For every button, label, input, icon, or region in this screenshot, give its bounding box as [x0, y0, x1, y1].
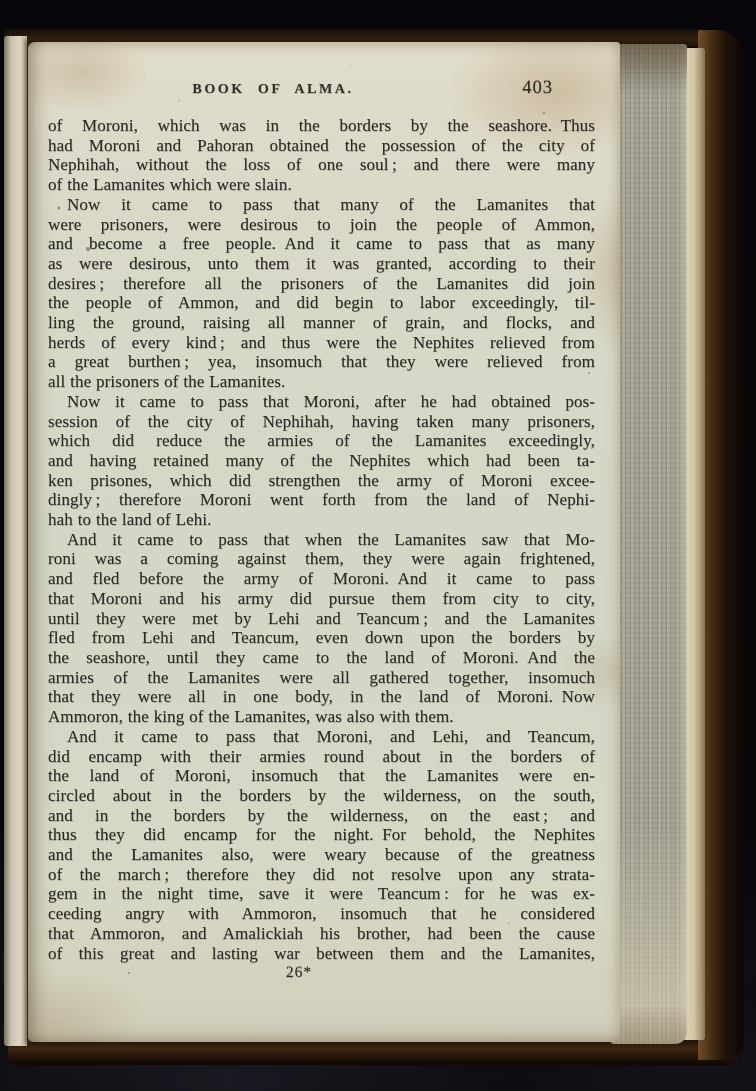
paragraph: And it came to pass that when the Lamani…: [48, 530, 595, 727]
text-line: the people of Ammon, and did begin to la…: [48, 293, 595, 313]
text-line: a great burthen ; yea, insomuch that the…: [48, 352, 595, 372]
text-line: Now it came to pass that Moroni, after h…: [48, 392, 595, 412]
text-line: of the Lamanites which were slain.: [48, 175, 595, 195]
text-line: and having retained many of the Nephites…: [48, 451, 595, 471]
text-line: and the Lamanites also, were weary becau…: [48, 845, 595, 865]
signature-mark: 26*: [48, 964, 550, 982]
text-line: until they were met by Lehi and Teancum …: [48, 609, 595, 629]
text-line: of this great and lasting war between th…: [48, 944, 595, 964]
text-line: of Moroni, which was in the borders by t…: [48, 116, 595, 136]
text-line: ceeding angry with Ammoron, insomuch tha…: [48, 904, 595, 924]
text-line: as were desirous, unto them it was grant…: [48, 254, 595, 274]
text-line: desires ; therefore all the prisoners of…: [48, 274, 595, 294]
page-number: 403: [522, 78, 553, 99]
running-head: BOOK OF ALMA. 403: [48, 80, 595, 116]
text-line: and become a free people. And it came to…: [48, 234, 595, 254]
text-line: And it came to pass that Moroni, and Leh…: [48, 727, 595, 747]
text-line: of the march ; therefore they did not re…: [48, 865, 595, 885]
body-text: of Moroni, which was in the borders by t…: [48, 116, 595, 963]
text-line: circled about in the borders by the wild…: [48, 786, 595, 806]
text-line: Now it came to pass that many of the Lam…: [48, 195, 595, 215]
text-line: fled from Lehi and Teancum, even down up…: [48, 628, 595, 648]
paragraph: Now it came to pass that Moroni, after h…: [48, 392, 595, 530]
text-line: that Ammoron, and Amalickiah his brother…: [48, 924, 595, 944]
text-line: ling the ground, raising all manner of g…: [48, 313, 595, 333]
text-line: ken prisones, which did strengthen the a…: [48, 471, 595, 491]
text-line: the land of Moroni, insomuch that the La…: [48, 766, 595, 786]
text-line: and fled before the army of Moroni. And …: [48, 569, 595, 589]
text-line: roni was a coming against them, they wer…: [48, 549, 595, 569]
paragraph: And it came to pass that Moroni, and Leh…: [48, 727, 595, 963]
text-line: thus they did encamp for the night. For …: [48, 825, 595, 845]
text-line: herds of every kind ; and thus were the …: [48, 333, 595, 353]
page-content: BOOK OF ALMA. 403 of Moroni, which was i…: [48, 80, 595, 982]
text-line: And it came to pass that when the Lamani…: [48, 530, 595, 550]
running-title: BOOK OF ALMA.: [48, 82, 498, 98]
text-line: were prisoners, were desirous to join th…: [48, 215, 595, 235]
text-line: hah to the land of Lehi.: [48, 510, 595, 530]
text-line: that Moroni and his army did pursue them…: [48, 589, 595, 609]
text-line: gem in the night time, save it were Tean…: [48, 884, 595, 904]
text-line: which did reduce the armies of the Laman…: [48, 431, 595, 451]
foxing-specks: [28, 42, 30, 44]
text-line: all the prisoners of the Lamanites.: [48, 372, 595, 392]
text-line: that they were all in one body, in the l…: [48, 687, 595, 707]
text-line: Ammoron, the king of the Lamanites, was …: [48, 707, 595, 727]
paragraph: of Moroni, which was in the borders by t…: [48, 116, 595, 195]
book-photo-scene: BOOK OF ALMA. 403 of Moroni, which was i…: [0, 0, 756, 1091]
text-line: had Moroni and Pahoran obtained the poss…: [48, 136, 595, 156]
page-stack-fore-edge: [610, 44, 687, 1044]
text-line: the seashore, until they came to the lan…: [48, 648, 595, 668]
paragraph: Now it came to pass that many of the Lam…: [48, 195, 595, 392]
text-line: and in the borders by the wilderness, on…: [48, 806, 595, 826]
text-line: Nephihah, without the loss of one soul ;…: [48, 155, 595, 175]
text-line: armies of the Lamanites were all gathere…: [48, 668, 595, 688]
book-page: BOOK OF ALMA. 403 of Moroni, which was i…: [28, 42, 620, 1042]
text-line: did encamp with their armies round about…: [48, 747, 595, 767]
text-line: dingly ; therefore Moroni went forth fro…: [48, 490, 595, 510]
text-line: session of the city of Nephihah, having …: [48, 412, 595, 432]
